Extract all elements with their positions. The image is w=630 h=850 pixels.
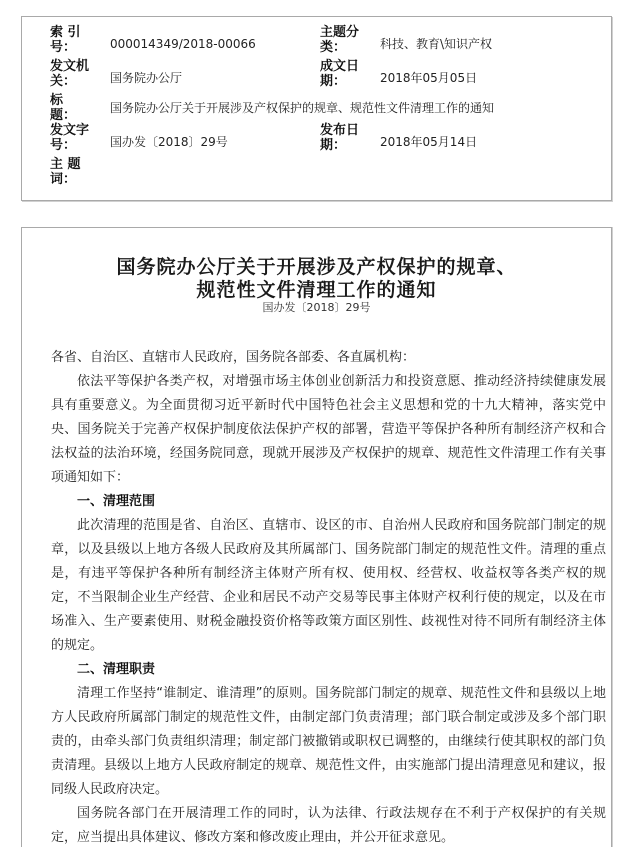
doc-number-value: 国办发〔2018〕29号 bbox=[110, 135, 228, 149]
intro-paragraph: 依法平等保护各类产权，对增强市场主体创业创新活力和投资意愿、推动经济持续健康发展… bbox=[51, 370, 606, 490]
keywords-label: 主 题 词： bbox=[50, 157, 90, 187]
section-responsibility-paragraph-1: 清理工作坚持“谁制定、谁清理”的原则。国务院部门制定的规章、规范性文件和县级以上… bbox=[51, 682, 606, 802]
issuer-value: 国务院办公厅 bbox=[110, 71, 182, 85]
section-heading-scope: 一、清理范围 bbox=[51, 490, 606, 514]
topic-category-value: 科技、教育\知识产权 bbox=[380, 37, 492, 51]
issuer-label: 发文机关： bbox=[50, 59, 90, 89]
document-body-panel: 国务院办公厅关于开展涉及产权保护的规章、 规范性文件清理工作的通知 国办发〔20… bbox=[21, 227, 612, 825]
index-value: 000014349/2018-00066 bbox=[110, 37, 256, 51]
written-date-label: 成文日期： bbox=[320, 59, 360, 89]
title-label: 标 题： bbox=[50, 93, 90, 123]
document-content: 各省、自治区、直辖市人民政府，国务院各部委、各直属机构： 依法平等保护各类产权，… bbox=[51, 346, 606, 825]
doc-number-label: 发文字号： bbox=[50, 123, 90, 153]
document-title-line-2: 规范性文件清理工作的通知 bbox=[22, 279, 611, 302]
meta-row-doc-number: 发文字号： 国办发〔2018〕29号 发布日期： 2018年05月14日 bbox=[22, 123, 611, 157]
document-title-line-1: 国务院办公厅关于开展涉及产权保护的规章、 bbox=[22, 256, 611, 279]
index-label: 索 引 号： bbox=[50, 25, 90, 55]
written-date-value: 2018年05月05日 bbox=[380, 71, 477, 85]
document-metadata-panel: 索 引 号： 000014349/2018-00066 主题分类： 科技、教育\… bbox=[21, 16, 612, 201]
section-scope-paragraph: 此次清理的范围是省、自治区、直辖市、设区的市、自治州人民政府和国务院部门制定的规… bbox=[51, 514, 606, 658]
document-number: 国办发〔2018〕29号 bbox=[22, 301, 611, 315]
meta-row-keywords: 主 题 词： bbox=[22, 157, 611, 191]
publish-date-value: 2018年05月14日 bbox=[380, 135, 477, 149]
title-value: 国务院办公厅关于开展涉及产权保护的规章、规范性文件清理工作的通知 bbox=[110, 101, 494, 115]
meta-row-issuer: 发文机关： 国务院办公厅 成文日期： 2018年05月05日 bbox=[22, 59, 611, 93]
meta-row-index: 索 引 号： 000014349/2018-00066 主题分类： 科技、教育\… bbox=[22, 25, 611, 59]
salutation: 各省、自治区、直辖市人民政府，国务院各部委、各直属机构： bbox=[51, 346, 606, 370]
topic-category-label: 主题分类： bbox=[320, 25, 360, 55]
publish-date-label: 发布日期： bbox=[320, 123, 360, 153]
meta-row-title: 标 题： 国务院办公厅关于开展涉及产权保护的规章、规范性文件清理工作的通知 bbox=[22, 93, 611, 127]
section-heading-responsibility: 二、清理职责 bbox=[51, 658, 606, 682]
section-responsibility-paragraph-2: 国务院各部门在开展清理工作的同时，认为法律、行政法规存在不利于产权保护的有关规定… bbox=[51, 802, 606, 825]
